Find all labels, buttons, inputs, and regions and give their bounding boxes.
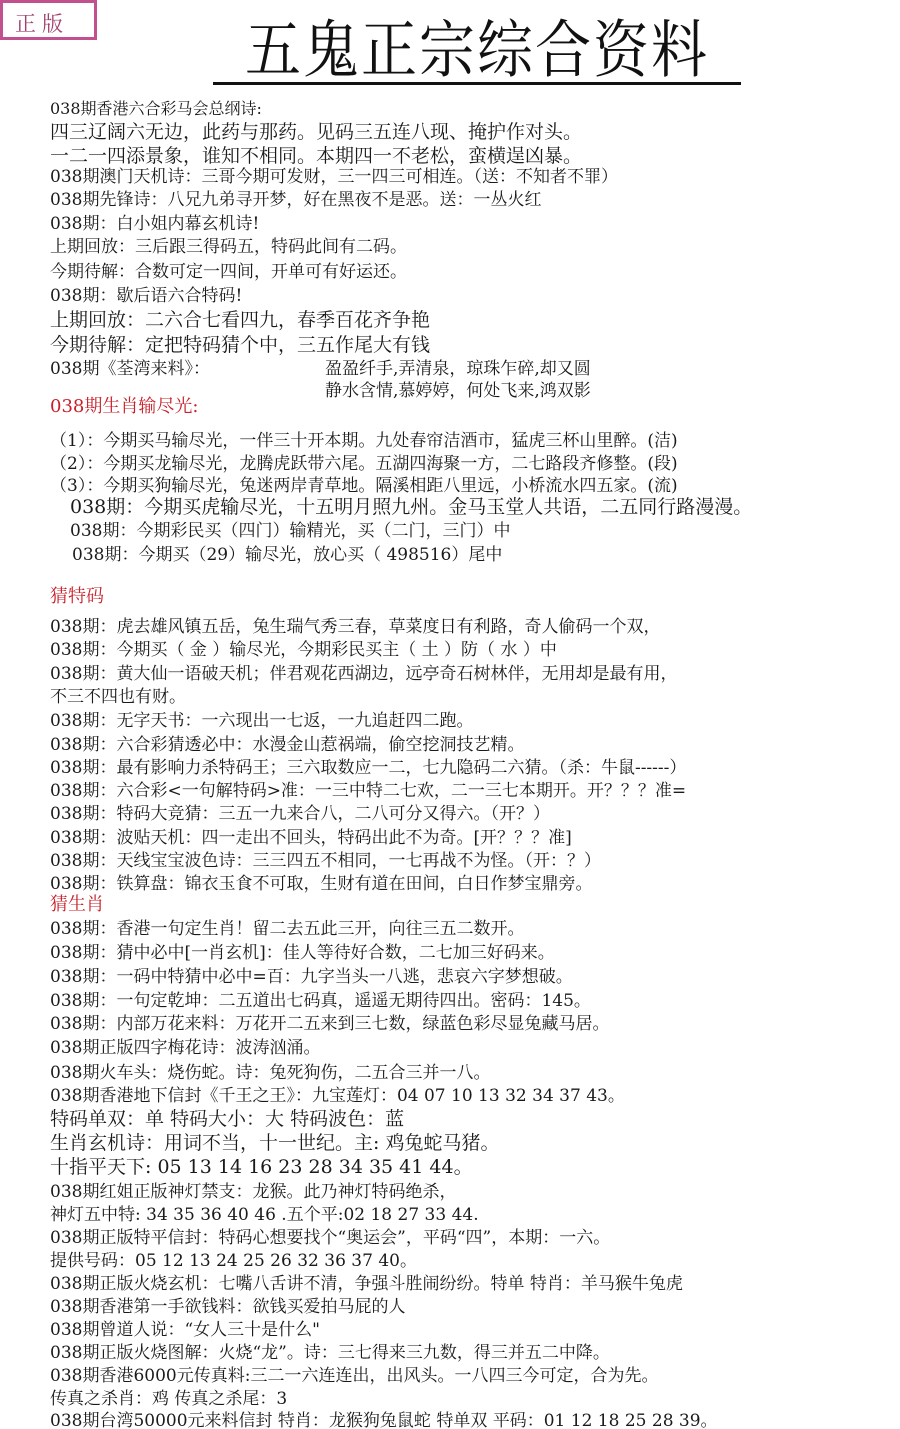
text-line: 038期红姐正版神灯禁支：龙猴。此乃神灯特码绝杀， bbox=[50, 1181, 456, 1203]
text-line: 038期：歇后语六合特码! bbox=[50, 285, 242, 307]
text-line: 038期：六合彩<一句解特码>准：一三中特二七欢，二一三七本期开。开？？？准= bbox=[50, 780, 686, 802]
text-line: 038期：虎去雄风镇五岳，兔生瑞气秀三春，草菜度日有利路，奇人偷码一个双， bbox=[50, 616, 660, 638]
text-line: 038期：今期买（ 金 ）输尽光，今期彩民买主（ 土 ）防（ 水 ）中 bbox=[50, 639, 557, 661]
text-line: 今期待解：定把特码猜个中，三五作尾大有钱 bbox=[50, 334, 430, 356]
text-line: 038期：白小姐内幕玄机诗! bbox=[50, 213, 259, 235]
text-line: 上期回放：三后跟三得码五，特码此间有二码。 bbox=[50, 236, 407, 258]
text-line: 特码单双：单 特码大小：大 特码波色：蓝 bbox=[50, 1108, 404, 1130]
text-line: 一二一四添景象，谁知不相同。本期四一不老松，蛮横逞凶暴。 bbox=[50, 145, 582, 167]
text-line: 038期：黄大仙一语破天机；伴君观花西湖边，远亭奇石树林伴，无用却是最有用， bbox=[50, 663, 677, 685]
poem-line: 盈盈纤手,弄清泉，琼珠乍碎,却又圆 bbox=[325, 358, 591, 380]
text-line: 提供号码：05 12 13 24 25 26 32 36 37 40。 bbox=[50, 1250, 417, 1272]
text-line: 038期：无字天书：一六现出一七返，一九追赶四二跑。 bbox=[50, 710, 473, 732]
text-line: 038期正版火烧图解：火烧“龙”。诗：三七得来三九数，得三并五二中降。 bbox=[50, 1342, 610, 1364]
page-title-text: 五鬼正宗综合资料 bbox=[213, 12, 741, 90]
page-title: 五鬼正宗综合资料 bbox=[213, 12, 741, 85]
text-line: 传真之杀肖：鸡 传真之杀尾：3 bbox=[50, 1388, 287, 1410]
text-line: 038期台湾50000元来料信封 特肖：龙猴狗兔鼠蛇 特单双 平码：01 12 … bbox=[50, 1410, 718, 1429]
text-line: 038期正版火烧玄机：七嘴八舌讲不清，争强斗胜闹纷纷。特单 特肖：羊马猴牛兔虎 bbox=[50, 1273, 683, 1295]
text-line: 038期：最有影响力杀特码王；三六取数应一二，七九隐码二六猜。（杀：牛鼠----… bbox=[50, 757, 686, 779]
text-line: 038期：铁算盘：锦衣玉食不可取，生财有道在田间，白日作梦宝鼎旁。 bbox=[50, 873, 592, 895]
text-line: 038期香港六合彩马会总纲诗: bbox=[50, 98, 262, 120]
section-heading: 038期生肖输尽光: bbox=[50, 396, 198, 418]
text-line: 038期：今期彩民买（四门）输精光，买（二门，三门）中 bbox=[70, 520, 510, 542]
text-line: 038期正版特平信封：特码心想要找个“奥运会”，平码“四”，本期：一六。 bbox=[50, 1227, 610, 1249]
text-line: 038期：一码中特猜中必中=百：九字当头一八逃，悲哀六字梦想破。 bbox=[50, 966, 573, 988]
poem-line: 静水含情,慕婷婷，何处飞来,鸿双影 bbox=[325, 380, 591, 402]
text-line: 038期：内部万花来料：万花开二五来到三七数，绿蓝色彩尽显兔藏马居。 bbox=[50, 1013, 609, 1035]
edition-badge: 正版 bbox=[0, 0, 97, 40]
text-line: 038期正版四字梅花诗：波涛汹涌。 bbox=[50, 1037, 320, 1059]
section-heading: 猜生肖 bbox=[50, 894, 104, 916]
text-line: 038期：一句定乾坤：二五道出七码真，遥遥无期待四出。密码：145。 bbox=[50, 990, 591, 1012]
text-line: 038期：今期买（29）输尽光，放心买（ 498516）尾中 bbox=[72, 544, 502, 566]
text-line: 038期《荃湾来料》： bbox=[50, 358, 210, 380]
edition-badge-label: 正版 bbox=[15, 8, 69, 38]
text-line: 038期香港第一手欲钱料：欲钱买爱拍马屁的人 bbox=[50, 1296, 405, 1318]
text-line: 038期香港6000元传真料:三二一六连连出，出风头。一八四三今可定，合为先。 bbox=[50, 1365, 658, 1387]
text-line: 今期待解：合数可定一四间，开单可有好运还。 bbox=[50, 261, 407, 283]
text-line: 038期：天线宝宝波色诗：三三四五不相同，一七再战不为怪。（开：？） bbox=[50, 850, 601, 872]
text-line: （1）：今期买马输尽光，一伴三十开本期。九处春帘洁酒市，猛虎三杯山里醉。(洁) bbox=[50, 430, 678, 452]
text-line: （3）：今期买狗输尽光，兔迷两岸青草地。隔溪相距八里远，小桥流水四五家。(流) bbox=[50, 475, 678, 497]
text-line: 神灯五中特: 34 35 36 40 46 .五个平:02 18 27 33 4… bbox=[50, 1204, 479, 1226]
text-line: 038期：香港一句定生肖！留二去五此三开，向往三五二数开。 bbox=[50, 918, 524, 940]
text-line: 038期先锋诗：八兄九弟寻开梦，好在黑夜不是恶。送：一丛火红 bbox=[50, 189, 541, 211]
text-line: （2）：今期买龙输尽光，龙腾虎跃带六尾。五湖四海聚一方，二七路段齐修整。(段) bbox=[50, 453, 678, 475]
text-line: 038期曾道人说：“女人三十是什么" bbox=[50, 1319, 320, 1341]
text-line: 038期：特码大竞猜：三五一九来合八，二八可分又得六。（开？） bbox=[50, 803, 550, 825]
text-line: 不三不四也有财。 bbox=[50, 686, 186, 708]
text-line: 038期澳门天机诗：三哥今期可发财，三一四三可相连。（送：不知者不罪） bbox=[50, 166, 618, 188]
text-line: 038期：波贴天机：四一走出不回头，特码出此不为奇。[开？？？准] bbox=[50, 827, 572, 849]
text-line: 038期火车头：烧伤蛇。诗：兔死狗伤，二五合三并一八。 bbox=[50, 1062, 490, 1084]
text-line: 生肖玄机诗：用词不当，十一世纪。主: 鸡兔蛇马猪。 bbox=[50, 1132, 499, 1154]
text-line: 038期：今期买虎输尽光，十五明月照九州。金马玉堂人共语，二五同行路漫漫。 bbox=[70, 496, 752, 518]
text-line: 038期：六合彩猜透必中：水漫金山惹祸端，偷空挖洞技艺精。 bbox=[50, 734, 524, 756]
section-heading: 猜特码 bbox=[50, 586, 104, 608]
text-line: 038期：猜中必中[一肖玄机]：佳人等待好合数，二七加三好码来。 bbox=[50, 942, 555, 964]
text-line: 四三辽阔六无边，此药与那药。见码三五连八现、掩护作对头。 bbox=[50, 121, 582, 143]
text-line: 十指平天下: 05 13 14 16 23 28 34 35 41 44。 bbox=[50, 1156, 473, 1178]
text-line: 038期香港地下信封《千王之王》：九宝莲灯：04 07 10 13 32 34 … bbox=[50, 1085, 625, 1107]
text-line: 上期回放：二六合七看四九，春季百花齐争艳 bbox=[50, 309, 430, 331]
